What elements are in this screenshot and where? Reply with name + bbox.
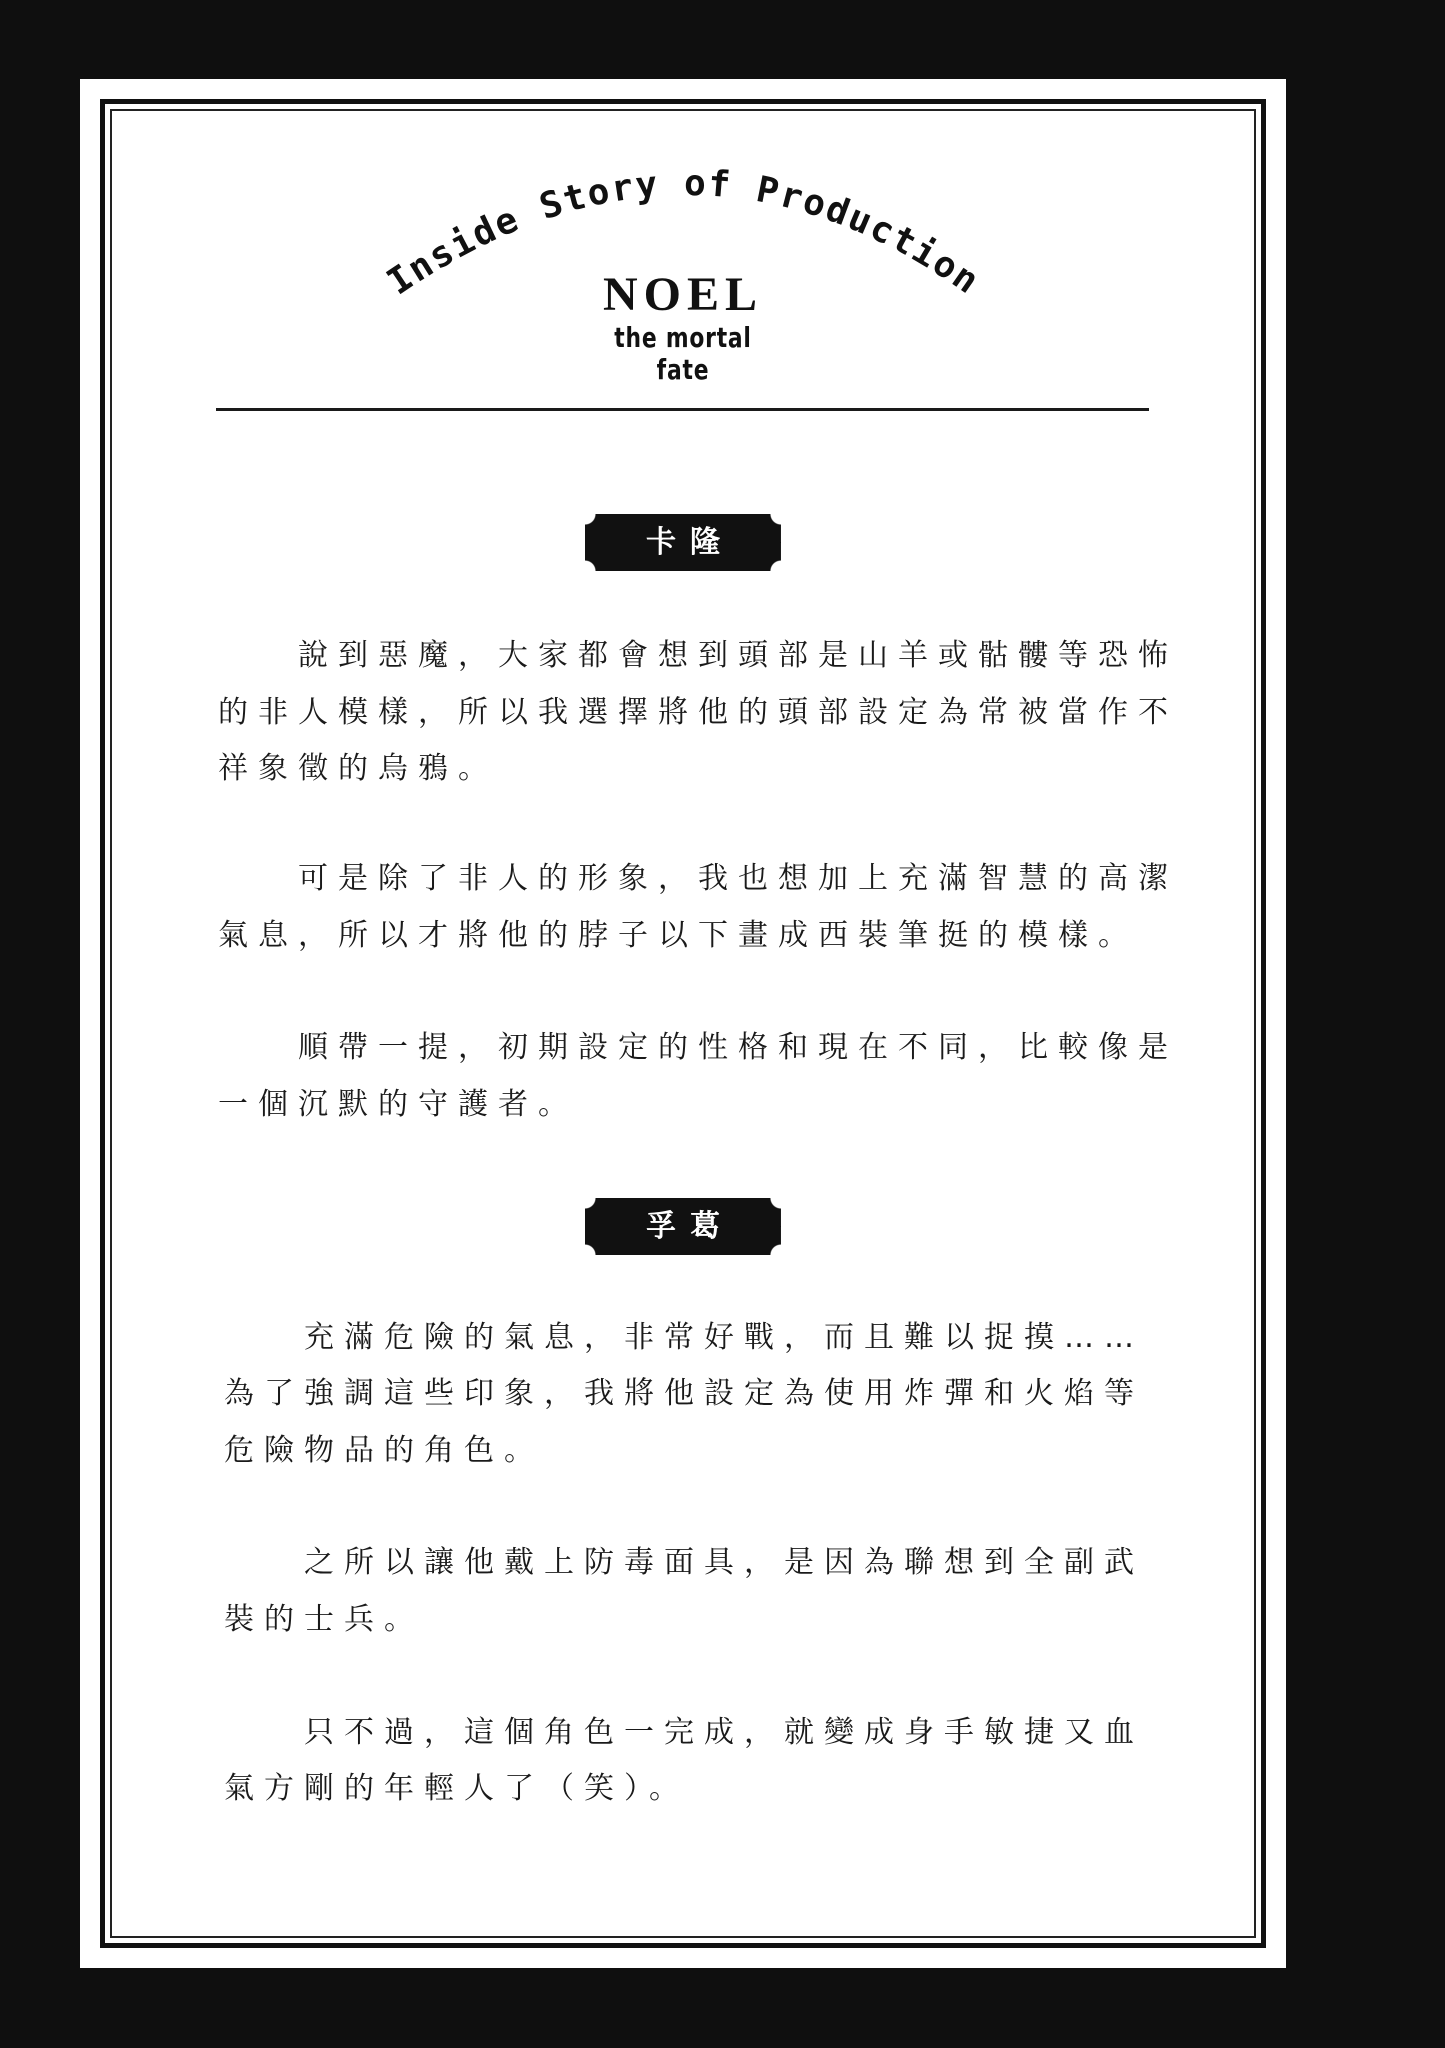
section-1-para-1-line-2: 的非人模樣，所以我選擇將他的頭部設定為常被當作不 [218, 693, 1178, 733]
section-2-para-3-line-2: 氣方剛的年輕人了（笑）。 [224, 1769, 689, 1809]
section-2-para-1-line-2: 為了強調這些印象，我將他設定為使用炸彈和火焰等 [224, 1374, 1144, 1414]
section-tag-fog: 孚葛 [585, 1198, 781, 1255]
section-2-para-1-line-3: 危險物品的角色。 [224, 1431, 544, 1471]
section-1-para-1-line-3: 祥象徵的烏鴉。 [218, 749, 498, 789]
book-title: NOEL [583, 270, 783, 320]
section-2-para-3-line-1: 只不過，這個角色一完成，就變成身手敏捷又血 [304, 1713, 1144, 1753]
section-1-para-2-line-1: 可是除了非人的形象，我也想加上充滿智慧的高潔 [298, 859, 1178, 899]
section-1-para-3-line-2: 一個沉默的守護者。 [218, 1085, 578, 1125]
section-1-para-1-line-1: 說到惡魔，大家都會想到頭部是山羊或骷髏等恐怖 [298, 636, 1178, 676]
section-tag-charon: 卡隆 [585, 514, 781, 571]
header-divider [216, 408, 1149, 411]
section-1-para-3-line-1: 順帶一提，初期設定的性格和現在不同，比較像是 [298, 1028, 1178, 1068]
section-2-para-2-line-2: 裝的士兵。 [224, 1600, 424, 1640]
section-1-para-2-line-2: 氣息，所以才將他的脖子以下畫成西裝筆挺的模樣。 [218, 916, 1138, 956]
book-subtitle: the mortal fate [605, 322, 761, 386]
section-2-para-2-line-1: 之所以讓他戴上防毒面具，是因為聯想到全副武 [304, 1543, 1144, 1583]
section-2-para-1-line-1: 充滿危險的氣息，非常好戰，而且難以捉摸…… [304, 1318, 1144, 1358]
